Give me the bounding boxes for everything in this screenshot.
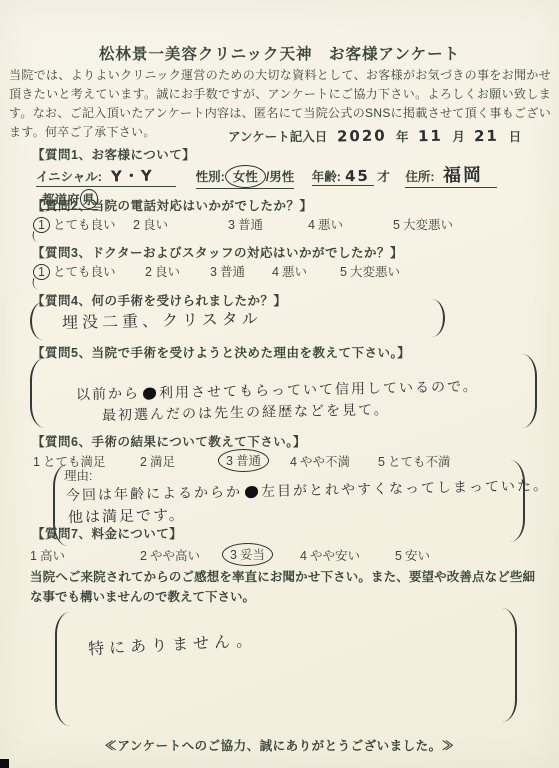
q3-option-1-label: とても良い xyxy=(53,265,116,279)
q3-options-row: 1とても良い 2良い 3普通 4悪い 5大変悪い xyxy=(0,262,559,280)
q6-option-4-number: 4 xyxy=(290,455,297,469)
q2-option-1-label: とても良い xyxy=(53,218,116,232)
q7-option-5-label: 安い xyxy=(405,549,430,563)
q7-header: 【質問7、料金について】 xyxy=(32,524,182,542)
q3-option-5-label: 大変悪い xyxy=(350,265,400,279)
q7-option-2-number: 2 xyxy=(140,549,147,563)
q3-option-1-number: 1 xyxy=(33,264,50,280)
age-label: 年齢: xyxy=(312,170,341,184)
month-unit-label: 月 xyxy=(452,130,465,144)
q2-option-4: 4悪い xyxy=(308,215,343,233)
gender-male-option: 男性 xyxy=(269,170,294,184)
initial-value: Y・Y xyxy=(111,165,154,187)
survey-document: 松林景一美容クリニック天神 お客様アンケート 当院では、よりよいクリニック運営の… xyxy=(0,0,559,768)
gender-field: 性別:女性/男性 xyxy=(196,165,295,189)
q3-option-5: 5大変悪い xyxy=(340,262,400,280)
q5-answer-line1: 以前から利用させてもらっていて信用しているので。 xyxy=(76,376,479,404)
survey-date-line: アンケート記入日 2020 年 11 月 21 日 xyxy=(228,127,521,145)
q7-option-4-label: やや安い xyxy=(310,549,360,563)
q2-option-2-label: 良い xyxy=(143,218,168,232)
q3-option-3: 3普通 xyxy=(210,262,245,280)
survey-date-day-value: 21 xyxy=(474,127,499,146)
q6-option-3-label: 普通 xyxy=(236,454,261,468)
q5-answer-bracket-right xyxy=(520,354,537,428)
q3-option-5-number: 5 xyxy=(340,265,347,279)
q6-option-3-number: 3 xyxy=(226,454,233,468)
survey-date-label: アンケート記入日 xyxy=(228,130,327,144)
q3-option-1: 1とても良い xyxy=(33,262,115,280)
q6-reason-bracket-right xyxy=(508,460,525,542)
q7-option-3-number: 3 xyxy=(230,548,237,562)
closing-answer-handwriting: 特にありません。 xyxy=(88,628,258,660)
day-unit-label: 日 xyxy=(509,130,522,144)
q2-option-5-label: 大変悪い xyxy=(403,218,453,232)
q3-option-2: 2良い xyxy=(145,262,180,280)
thanks-footer: ≪アンケートへのご協力、誠にありがとうございました。≫ xyxy=(0,736,559,754)
q5-answer-line2: 最初選んだのは先生の経歴などを見て。 xyxy=(102,399,390,425)
q7-option-2: 2やや高い xyxy=(140,546,200,564)
q7-option-3: 3妥当 xyxy=(222,543,273,566)
q6-option-1-number: 1 xyxy=(33,455,40,469)
q4-answer-bracket-right xyxy=(428,299,445,337)
initial-field: イニシャル: Y・Y xyxy=(36,165,176,187)
q2-option-1: 1とても良い xyxy=(33,215,115,233)
q6-option-2: 2満足 xyxy=(140,452,175,470)
q6-header: 【質問6、手術の結果について教えて下さい。】 xyxy=(32,432,306,450)
q2-header: 【質問2、当院の電話対応はいかがでしたか？】 xyxy=(32,196,312,214)
q3-option-3-label: 普通 xyxy=(220,265,245,279)
age-field: 年齢:45 xyxy=(312,167,374,186)
redaction-mark xyxy=(245,486,258,498)
q3-header: 【質問3、ドクターおよびスタッフの対応はいかがでしたか？】 xyxy=(32,243,403,261)
q7-option-1: 1高い xyxy=(30,546,65,564)
q5-answer-line1-post: 利用させてもらっていて信用しているので。 xyxy=(159,379,479,402)
closing-prompt: 当院へご来院されてからのご感想を率直にお聞かせ下さい。また、要望や改善点など些細… xyxy=(30,567,535,607)
q7-option-3-label: 妥当 xyxy=(240,548,265,562)
year-unit-label: 年 xyxy=(396,130,409,144)
q6-option-3: 3普通 xyxy=(218,449,269,472)
q7-option-1-label: 高い xyxy=(40,549,65,563)
q6-option-2-number: 2 xyxy=(140,455,147,469)
address-field: 住所:福岡 xyxy=(405,161,496,188)
q7-option-2-label: やや高い xyxy=(150,549,200,563)
survey-date-year-value: 2020 xyxy=(337,126,387,145)
q2-option-4-label: 悪い xyxy=(318,218,343,232)
comment-bracket-right xyxy=(500,608,517,722)
q7-option-5-number: 5 xyxy=(395,549,402,563)
q2-option-5-number: 5 xyxy=(393,218,400,232)
q3-option-3-number: 3 xyxy=(210,265,217,279)
q3-option-4-label: 悪い xyxy=(282,265,307,279)
q3-option-4-number: 4 xyxy=(272,265,279,279)
q2-option-3: 3普通 xyxy=(228,215,263,233)
q2-option-2-number: 2 xyxy=(133,218,140,232)
q2-options-row: 1とても良い 2良い 3普通 4悪い 5大変悪い xyxy=(0,215,559,233)
gender-label: 性別: xyxy=(196,170,225,184)
q7-option-4: 4やや安い xyxy=(300,546,360,564)
q6-option-5-label: とても不満 xyxy=(388,455,451,469)
age-unit-label: 才 xyxy=(377,170,390,184)
q7-option-1-number: 1 xyxy=(30,549,37,563)
q2-option-1-number: 1 xyxy=(33,217,50,233)
address-label: 住所: xyxy=(405,170,434,184)
q5-answer-bracket-left xyxy=(30,358,47,428)
q6-reason-line1-pre: 今回は年齢によるからか xyxy=(66,484,242,504)
gender-female-option: 女性 xyxy=(225,165,266,188)
q6-option-5-number: 5 xyxy=(378,455,385,469)
survey-date-month-value: 11 xyxy=(418,127,443,146)
q2-option-2: 2良い xyxy=(133,215,168,233)
q6-reason-line1-post: 左目がとれやすくなってしまっていた。 xyxy=(261,478,549,500)
comment-bracket-left xyxy=(55,612,72,726)
q5-header: 【質問5、当院で手術を受けようと決めた理由を教えて下さい。】 xyxy=(32,343,410,361)
q3-option-2-label: 良い xyxy=(155,265,180,279)
q6-option-2-label: 満足 xyxy=(150,455,175,469)
q7-option-4-number: 4 xyxy=(300,549,307,563)
q2-option-3-number: 3 xyxy=(228,218,235,232)
q6-option-5: 5とても不満 xyxy=(378,452,450,470)
q2-option-4-number: 4 xyxy=(308,218,315,232)
q6-reason-line1: 今回は年齢によるからか左目がとれやすくなってしまっていた。 xyxy=(66,475,549,505)
clinic-survey-title: 松林景一美容クリニック天神 お客様アンケート xyxy=(0,42,559,64)
q5-answer-line1-pre: 以前から xyxy=(76,386,140,403)
q6-option-4: 4やや不満 xyxy=(290,452,350,470)
q7-option-5: 5安い xyxy=(395,546,430,564)
q4-answer-handwriting: 埋没二重、クリスタル xyxy=(62,306,262,333)
initial-label: イニシャル: xyxy=(36,170,102,184)
redaction-mark xyxy=(143,388,156,400)
q6-reason-label: 理由: xyxy=(64,466,92,484)
q2-option-3-label: 普通 xyxy=(238,218,263,232)
q3-option-4: 4悪い xyxy=(272,262,307,280)
q6-option-4-label: やや不満 xyxy=(300,455,350,469)
q2-option-5: 5大変悪い xyxy=(393,215,453,233)
age-value: 45 xyxy=(345,167,370,186)
address-value: 福岡 xyxy=(442,161,483,188)
q3-option-2-number: 2 xyxy=(145,265,152,279)
q4-answer-bracket-left xyxy=(30,302,47,340)
scan-artifact xyxy=(0,759,9,768)
q7-options-row: 1高い 2やや高い 3妥当 4やや安い 5安い xyxy=(0,546,559,564)
